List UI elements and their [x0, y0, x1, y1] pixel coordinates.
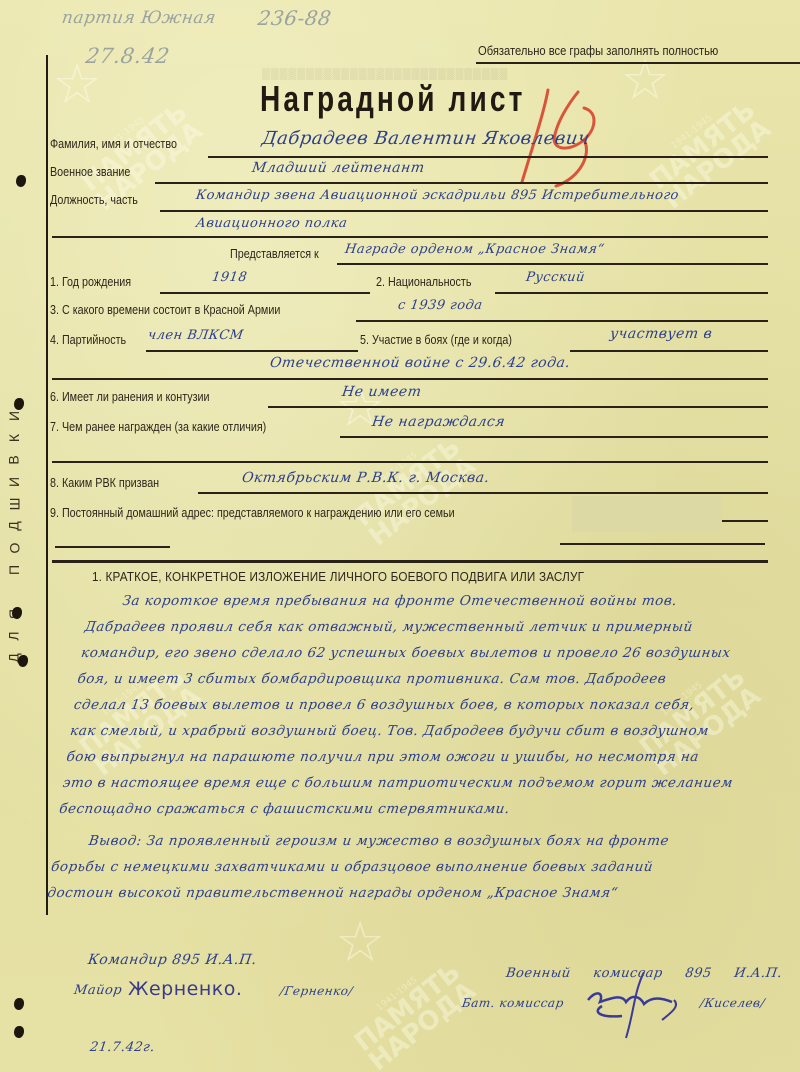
summary-line: сделал 13 боевых вылетов и провел 6 возд… — [72, 692, 800, 718]
field-label-address: 9. Постоянный домашний адрес: представля… — [50, 506, 455, 520]
pencil-note-number: 236-88 — [256, 6, 333, 30]
commander-rank: Майор — [73, 983, 123, 998]
field-label-position: Должность, часть — [50, 193, 138, 207]
field-label-army-since: 3. С какого времени состоит в Красной Ар… — [50, 303, 280, 317]
field-value-birth-year: 1918 — [211, 270, 248, 285]
field-value-award: Награде орденом „Красное Знамя“ — [344, 242, 606, 257]
watermark-star-icon: ☆ — [335, 910, 385, 975]
punch-hole — [14, 998, 24, 1010]
summary-heading: 1. КРАТКОЕ, КОНКРЕТНОЕ ИЗЛОЖЕНИЕ ЛИЧНОГО… — [92, 569, 584, 584]
punch-hole — [14, 1026, 24, 1038]
field-line-army-since — [356, 320, 768, 322]
field-line-award — [337, 263, 768, 265]
margin-label-for-filing: И К В И Ш Д О П Я Л Д — [4, 405, 24, 669]
left-margin-border — [46, 55, 48, 915]
instruction-text: Обязательно все графы заполнять полность… — [478, 43, 718, 58]
field-label-nationality: 2. Национальность — [376, 275, 471, 289]
summary-line: бою выпрыгнул на парашюте получил при эт… — [65, 744, 799, 770]
field-value-combat-line1: участвует в — [609, 326, 713, 342]
field-line-prior-awards — [340, 436, 768, 438]
punch-hole — [18, 655, 28, 667]
commissar-name: /Киселев/ — [699, 996, 766, 1010]
field-value-nationality: Русский — [525, 270, 586, 285]
pencil-note-top: партия Южная — [61, 8, 218, 28]
watermark: 1941-1945 ПАМЯТЬ НАРОДА — [345, 952, 480, 1072]
field-label-combat: 5. Участие в боях (где и когда) — [360, 333, 512, 347]
field-line-address-2a — [55, 546, 170, 548]
field-line-name — [208, 156, 768, 158]
commander-title: Командир 895 И.А.П. — [87, 952, 258, 968]
summary-line: это в настоящее время еще с большим патр… — [61, 770, 795, 796]
commissar-signature — [582, 972, 692, 1042]
conclusion-line: Вывод: За проявленный героизм и мужество… — [53, 828, 787, 854]
summary-line: беспощадно сражаться с фашистскими стерв… — [57, 796, 791, 822]
field-value-name: Дабрадеев Валентин Яковлевич — [261, 128, 592, 149]
field-label-name: Фамилия, имя и отчество — [50, 137, 177, 151]
field-line-nationality — [495, 292, 768, 294]
pencil-note-date: 27.8.42 — [84, 44, 171, 68]
field-label-party: 4. Партийность — [50, 333, 126, 347]
commander-signature: Жерненко. — [128, 978, 242, 1000]
field-line-party — [146, 350, 358, 352]
field-label-birth-year: 1. Год рождения — [50, 275, 131, 289]
field-line-wounds — [268, 406, 768, 408]
field-value-rank: Младший лейтенант — [251, 160, 426, 176]
summary-line: боя, и имеет 3 сбитых бомбардировщика пр… — [76, 666, 800, 692]
address-redacted-area — [572, 496, 722, 532]
instruction-underline — [476, 62, 800, 64]
field-line-address — [722, 520, 768, 522]
field-line-combat — [570, 350, 768, 352]
page-title: Наградной лист — [260, 78, 526, 120]
summary-line: За короткое время пребывания на фронте О… — [87, 588, 800, 614]
field-line-position — [160, 210, 768, 212]
commissar-rank: Бат. комиссар — [461, 996, 565, 1010]
summary-line: командир, его звено сделало 62 успешных … — [79, 640, 800, 666]
punch-hole — [16, 175, 26, 187]
field-line-rank — [155, 182, 768, 184]
field-label-rvk: 8. Каким РВК призван — [50, 476, 159, 490]
field-label-wounds: 6. Имеет ли ранения и контузии — [50, 390, 210, 404]
watermark: 1941-1945 ПАМЯТЬ НАРОДА — [345, 427, 480, 550]
field-value-combat-line2: Отечественной войне с 29.6.42 года. — [269, 355, 572, 371]
field-value-rvk: Октябрьским Р.В.К. г. Москва. — [241, 470, 491, 486]
section-divider — [52, 560, 768, 563]
field-value-position-line1: Командир звена Авиационной эскадрильи 89… — [195, 188, 680, 203]
field-value-position-line2: Авиационного полка — [195, 216, 348, 231]
commander-name: /Герненко/ — [279, 984, 354, 998]
field-label-prior-awards: 7. Чем ранее награжден (за какие отличия… — [50, 420, 266, 434]
field-line-address-2b — [560, 543, 765, 545]
conclusion-line: достоин высокой правительственной наград… — [46, 880, 780, 906]
field-line-prior-awards-2 — [52, 461, 768, 463]
field-line-birth-year — [160, 292, 370, 294]
summary-line: Дабрадеев проявил себя как отважный, муж… — [83, 614, 800, 640]
field-label-rank: Военное звание — [50, 165, 130, 179]
field-value-army-since: с 1939 года — [397, 298, 484, 313]
field-value-party: член ВЛКСМ — [147, 328, 245, 343]
summary-text: За короткое время пребывания на фронте О… — [46, 588, 800, 906]
signature-date: 21.7.42г. — [89, 1040, 156, 1055]
field-line-combat-2 — [52, 378, 768, 380]
field-line-position-2 — [52, 236, 768, 238]
field-value-prior-awards: Не награждался — [371, 414, 506, 430]
field-line-rvk — [198, 492, 768, 494]
conclusion-line: борьбы с немецкими захватчиками и образц… — [49, 854, 783, 880]
field-label-award: Представляется к — [230, 247, 319, 261]
summary-line: как смелый, и храбрый воздушный боец. То… — [68, 718, 800, 744]
field-value-wounds: Не имеет — [341, 384, 423, 400]
